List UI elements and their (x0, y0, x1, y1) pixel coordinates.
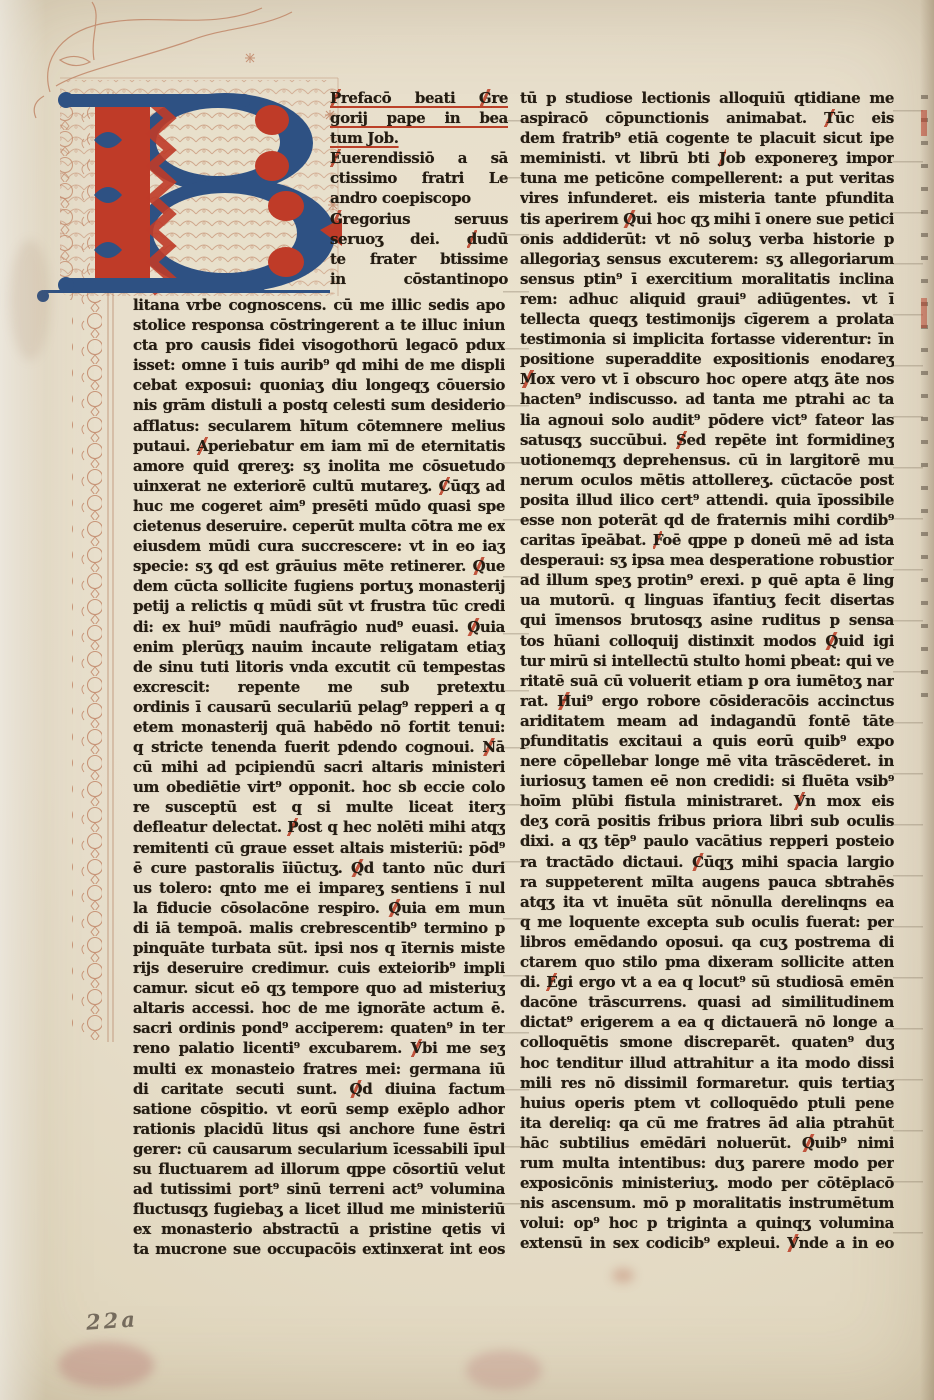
text-line: extensū in sex codicib⁹ expleui. Vnde a … (520, 1233, 894, 1253)
red-touched-capital: Q (802, 1134, 815, 1152)
red-touched-capital: V (787, 1234, 798, 1252)
margin-flourish-chain (72, 300, 102, 1040)
red-touched-capital: A (197, 437, 208, 455)
text-line: libros emēdando oposui. qa cuʒ postrema … (520, 932, 894, 952)
text-line: nis ascensum. mō p moralitatis instrumēt… (520, 1193, 894, 1213)
text-line: esse non poterāt qd de fraternis mihi co… (520, 510, 894, 530)
red-touched-capital: Q (350, 1080, 363, 1098)
text-line: tum Job. (330, 128, 508, 148)
text-line: andro coepiscopo (330, 188, 508, 208)
red-touched-capital: F (653, 531, 662, 549)
text-line: caritas īpeābat. Foē qppe p doneū mē ad … (520, 530, 894, 550)
text-line: lia agnoui solo audit⁹ pōdere vict⁹ fate… (520, 410, 894, 430)
ruling-ticks-left-column (503, 120, 529, 1250)
text-line: etem monasterij quā habēdo nō fortit ten… (133, 717, 505, 737)
text-line: hacten⁹ indiscusso. ad tanta me ptrahi a… (520, 389, 894, 409)
text-line: seruoʒ dei. dudū (330, 229, 508, 249)
stain (10, 240, 50, 360)
text-line: uotionemqʒ deprehensus. cū in largitorē … (520, 450, 894, 470)
text-line: su fluctuarem ad illorum qppe cōsortiū v… (133, 1159, 505, 1179)
red-touched-capital: T (824, 109, 835, 127)
right-column-text: tū p studiose lectionis alloquiū qtidian… (520, 88, 894, 1253)
text-line: tis aperirem Qui hoc qʒ mihi ī onere sue… (520, 209, 894, 229)
text-line: ua mutorū. q linguas īfantiuʒ fecit dise… (520, 590, 894, 610)
text-line: satusqʒ succūbui. Sed repēte int formidi… (520, 430, 894, 450)
text-line: q me loquente excepta sub oculis fuerat:… (520, 912, 894, 932)
text-line: deʒ corā positis fribus priora libri sub… (520, 811, 894, 831)
text-line: putaui. Aperiebatur em iam mī de eternit… (133, 436, 505, 456)
red-touched-capital: V (794, 792, 805, 810)
text-line: nere cōpellebar longe mē vita trāscēdere… (520, 751, 894, 771)
text-line: rum multa intentibus: duʒ parere modo pe… (520, 1153, 894, 1173)
red-touched-capital: Q (623, 210, 636, 228)
text-line: re susceptū est q si multe liceat iterʒ … (133, 797, 505, 817)
text-line: dixi. a qʒ tēp⁹ paulo vacātius repperi p… (520, 831, 894, 851)
text-line: tū p studiose lectionis alloquiū qtidian… (520, 88, 894, 108)
rubric-title: Prefacō beati Gregorij pape in beatum Jo… (330, 88, 508, 148)
text-line: ctarem quo stilo pma dixeram sollicite a… (520, 952, 894, 972)
red-touched-capital: C (692, 853, 704, 871)
text-line: specie: sʒ qd est grāuius mēte retinerer… (133, 556, 505, 576)
text-line: hoc tenditur illud attrahitur a ita modo… (520, 1053, 894, 1073)
text-line: rationis placidū litus qsi anchore fune … (133, 1119, 505, 1139)
stain (58, 1342, 154, 1388)
text-line: gorij pape in bea (330, 108, 508, 128)
text-line: dem cūcta sollicite fugiens portuʒ monas… (133, 576, 505, 596)
text-line: ordinis ī causarū seculariū pelag⁹ reppe… (133, 697, 505, 717)
text-line: di iā tempoā. malis crebrescentib⁹ termi… (133, 918, 505, 938)
text-line: camur. sicut eō qʒ tempore quo ad mister… (133, 978, 505, 998)
text-line: us tolero: qnto me ei impareʒ sentiens ī… (133, 878, 505, 898)
text-line: cietenus deseruire. ceperūt multa cōtra … (133, 516, 505, 536)
text-line: ritatē suā cū voluerit etiam p ora iumēt… (520, 671, 894, 691)
text-line: amore quid qrereʒ: sʒ inolita me cōsuetu… (133, 456, 505, 476)
text-line: di. Egi ergo vt a ea q locut⁹ sū studios… (520, 972, 894, 992)
text-line: la fiducie cōsolacōne respiro. Quia em m… (133, 898, 505, 918)
text-line: colloquētis smone discreparēt. quaten⁹ d… (520, 1032, 894, 1052)
rubric-and-intro: Prefacō beati Gregorij pape in beatum Jo… (330, 88, 508, 289)
text-line: hāc subtilius emēdāri noluerūt. Quib⁹ ni… (520, 1133, 894, 1153)
text-line: aspiracō cōpunctionis animabat. Tūc eis (520, 108, 894, 128)
text-line: um obediētie virt⁹ opponit. hoc sb eccie… (133, 777, 505, 797)
text-line: tuna me peticōne compellerent: a put ver… (520, 168, 894, 188)
text-line: sacri ordinis pond⁹ acciperem: quaten⁹ i… (133, 1018, 505, 1038)
red-touched-capital: Q (825, 632, 838, 650)
text-line: dictat⁹ erigerem a ea q dictauerā nō lon… (520, 1012, 894, 1032)
red-touched-capital: V (411, 1039, 422, 1057)
text-line: afflatus: secularem hītum cōtemnere meli… (133, 416, 505, 436)
text-line: isset: omne ī tuis aurib⁹ qd mihi de me … (133, 355, 505, 375)
text-line: pfunditatis excitaui a quis eorū quib⁹ e… (520, 731, 894, 751)
text-line: dacōne trāscurrens. quasi ad similitudin… (520, 992, 894, 1012)
red-touched-capital: J (719, 149, 726, 167)
text-line: qui īmensos brutosqʒ asine ruditus p sen… (520, 610, 894, 630)
red-touched-capital: E (330, 149, 341, 167)
left-column-text: litana vrbe cognoscens. cū me illic sedi… (133, 295, 505, 1260)
text-line: tos hūani colloquij distinxit modos Quid… (520, 631, 894, 651)
red-touched-capital: S (676, 431, 686, 449)
red-touched-capital: Q (473, 557, 486, 575)
red-touched-capital: C (439, 477, 451, 495)
red-touched-capital: E (546, 973, 557, 991)
text-line: ad tutissimi port⁹ sinū terreni act⁹ vol… (133, 1179, 505, 1199)
text-line: pinquāte turbata sūt. ipsi nos q īternis… (133, 938, 505, 958)
text-line: ctissimo fratri Le (330, 168, 508, 188)
text-line: ta mucrone sue occupacōis extinxerat int… (133, 1239, 505, 1259)
text-line: remitenti cū graue esset altais misteriū… (133, 838, 505, 858)
text-line: Gregorius seruus (330, 209, 508, 229)
text-line: in cōstantinopo (330, 269, 508, 289)
text-line: ariditatem meam ad indagandū fontē tāte (520, 711, 894, 731)
page-edge-red-mark (921, 110, 927, 136)
text-line: petij a relictis q mūdi sūt vt frustra t… (133, 596, 505, 616)
text-line: altaris accessi. hoc de me ignorāte actu… (133, 998, 505, 1018)
text-line: rat. Hui⁹ ergo robore cōsideracōis accin… (520, 691, 894, 711)
text-line: atqʒ ita vt inuēta sūt nōnulla derelinqn… (520, 892, 894, 912)
text-line: posita illud ilico cert⁹ attendi. quia ī… (520, 490, 894, 510)
text-line: nerum oculos mētis attollereʒ. cūctacōe … (520, 470, 894, 490)
text-line: stolice responsa cōstringerent a te illu… (133, 315, 505, 335)
red-touched-capital: d (467, 230, 477, 248)
text-line: ita dereliq: qa cū me fratres ād alia pt… (520, 1113, 894, 1133)
folio-number: 22a (85, 1306, 138, 1335)
red-touched-capital: P (287, 818, 297, 836)
text-line: meministi. vt librū bti Job exponereʒ im… (520, 148, 894, 168)
text-line: rijs deseruire credimur. cuis exteiorib⁹… (133, 958, 505, 978)
text-line: di caritate secuti sunt. Qd diuina factu… (133, 1079, 505, 1099)
text-line: reno palatio licenti⁹ excubarem. Vbi me … (133, 1038, 505, 1058)
text-line: Euerendissiō a sā (330, 148, 508, 168)
text-line: Mox vero vt ī obscuro hoc opere atqʒ āte… (520, 369, 894, 389)
text-line: hoīm plūbi fistula ministraret. Vn mox e… (520, 791, 894, 811)
text-line: allegoriaʒ sensus excuterem: sʒ allegori… (520, 249, 894, 269)
text-line: positione superaddite expositionis enoda… (520, 349, 894, 369)
text-line: ra suppeterent mīlta augens pauca sbtrah… (520, 872, 894, 892)
red-touched-capital: G (479, 89, 491, 107)
text-line: ē cure pastoralis īiūctuʒ. Qd tanto nūc … (133, 858, 505, 878)
red-touched-capital: P (330, 89, 341, 107)
text-line: litana vrbe cognoscens. cū me illic sedi… (133, 295, 505, 315)
text-line: excrescit: repente me sub pretextu eccle… (133, 677, 505, 697)
text-line: de sinu tuti litoris vnda excutit cū tem… (133, 657, 505, 677)
text-line: iuriosuʒ tamen eē non credidi: si fluēta… (520, 771, 894, 791)
text-line: cū mihi ad pcipiendū sacri altaris minis… (133, 757, 505, 777)
intro-text: Euerendissiō a sāctissimo fratri Leandro… (330, 148, 508, 289)
text-line: defleatur delectat. Post q hec nolēti mi… (133, 817, 505, 837)
text-line: ra tractādo dictaui. Cūqʒ mihi spacia la… (520, 852, 894, 872)
text-line: rem: adhuc aliquid graui⁹ adiūgentes. vt… (520, 289, 894, 309)
text-line: q stricte tenenda fuerit pdendo cognoui.… (133, 737, 505, 757)
text-line: tur mirū si intellectū stulto homi pbeat… (520, 651, 894, 671)
red-touched-capital: H (557, 692, 571, 710)
text-line: testimonia si implicita fortasse videren… (520, 329, 894, 349)
manuscript-page: R (0, 0, 934, 1400)
ruling-ticks-right-column (893, 110, 923, 1260)
red-touched-capital: Q (351, 859, 364, 877)
red-touched-capital: Q (388, 899, 401, 917)
text-line: nis grām distuli a postq celesti sum des… (133, 395, 505, 415)
text-line: enim plerūqʒ nauim incaute religatam eti… (133, 637, 505, 657)
stain (612, 1268, 634, 1283)
text-line: Prefacō beati Gre (330, 88, 508, 108)
text-line: ex monasterio abstractū a pristine qetis… (133, 1219, 505, 1239)
red-touched-capital: N (482, 738, 495, 756)
text-line: te frater btissime (330, 249, 508, 269)
text-line: exposicōnis ministeriuʒ. modo per cōtēpl… (520, 1173, 894, 1193)
red-touched-capital: G (330, 210, 342, 228)
text-line: vires infunderet. eis misteria tante pfu… (520, 188, 894, 208)
text-line: mili res nō dissimil formaretur. quis te… (520, 1073, 894, 1093)
text-line: satione cōspitio. vt eorū semp exēplo ad… (133, 1099, 505, 1119)
text-line: ad illum speʒ protin⁹ erexi. p quē apta … (520, 570, 894, 590)
text-line: onis addiderūt: vt nō soluʒ verba histor… (520, 229, 894, 249)
text-line: cta pro causis fidei visogothorū legacō … (133, 335, 505, 355)
text-line: cebat exposui: quoniaʒ diu longeqʒ cōuer… (133, 375, 505, 395)
text-line: gerer: cū causarum secularium īcessabili… (133, 1139, 505, 1159)
text-line: huc me cogeret aim⁹ presēti mūdo quasi s… (133, 496, 505, 516)
text-line: volui: op⁹ hoc p triginta a quinqʒ volum… (520, 1213, 894, 1233)
text-line: desperaui: sʒ ipsa mea desperatione robu… (520, 550, 894, 570)
text-line: di: ex hui⁹ mūdi naufrāgio nud⁹ euasi. Q… (133, 617, 505, 637)
stain (466, 1350, 542, 1390)
text-line: eiusdem mūdi cura succrescere: vt in eo … (133, 536, 505, 556)
text-line: tellecta queqʒ testimonijs cīgerem a pro… (520, 309, 894, 329)
page-edge-marks (921, 95, 928, 715)
text-line: fluctusqʒ fugiebaʒ a licet illud me mini… (133, 1199, 505, 1219)
text-line: multi ex monasteio fratres mei: germana … (133, 1059, 505, 1079)
text-line: uinxerat ne exteriorē cultū mutareʒ. Cūq… (133, 476, 505, 496)
text-line: sensus ptin⁹ ī exercitium moralitatis in… (520, 269, 894, 289)
page-edge-red-mark (921, 298, 927, 328)
text-line: huius operis ptem vt colloquēdo ptuli pe… (520, 1093, 894, 1113)
red-touched-capital: Q (467, 618, 480, 636)
text-line: dem fratrib⁹ etiā cogente te placuit sic… (520, 128, 894, 148)
